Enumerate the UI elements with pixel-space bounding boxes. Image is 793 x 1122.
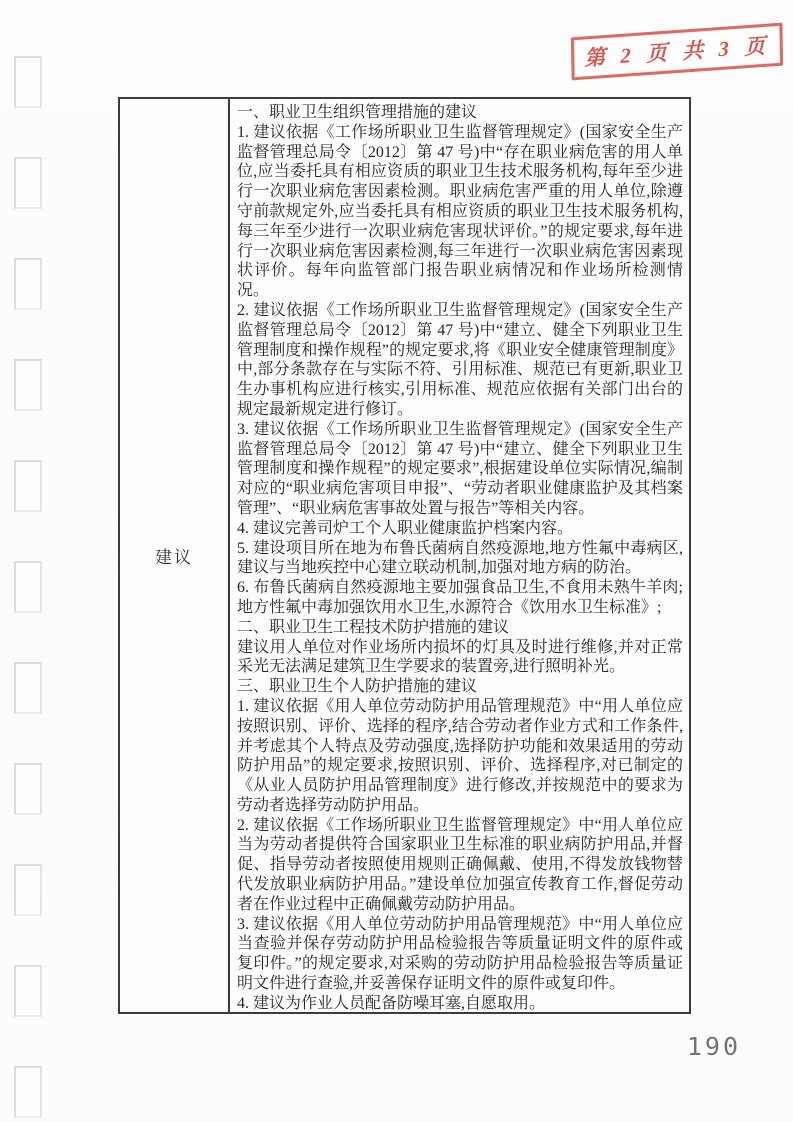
recommendation-paragraph: 6. 布鲁氏菌病自然疫源地主要加强食品卫生,不食用未熟牛羊肉;地方性氟中毒加强饮… xyxy=(237,578,683,618)
page-count-stamp: 第 2 页 共 3 页 xyxy=(571,23,783,81)
recommendations-table: 建议 一、职业卫生组织管理措施的建议1. 建议依据《工作场所职业卫生监督管理规定… xyxy=(118,97,691,1014)
binding-hole-icon xyxy=(14,763,42,815)
binding-hole-icon xyxy=(14,662,42,714)
page-number: 190 xyxy=(687,1032,741,1061)
binding-hole-icon xyxy=(14,864,42,916)
binding-hole-icon xyxy=(14,157,42,209)
binding-hole-icon xyxy=(14,258,42,310)
table-content-cell: 一、职业卫生组织管理措施的建议1. 建议依据《工作场所职业卫生监督管理规定》(国… xyxy=(230,99,689,1012)
recommendation-paragraph: 一、职业卫生组织管理措施的建议 xyxy=(237,103,683,123)
page-count-stamp-text: 第 2 页 共 3 页 xyxy=(584,33,770,70)
binding-hole-icon xyxy=(14,561,42,613)
binding-hole-icon xyxy=(14,460,42,512)
document-page: 第 2 页 共 3 页 建议 一、职业卫生组织管理措施的建议1. 建议依据《工作… xyxy=(0,0,793,1122)
recommendation-paragraph: 5. 建设项目所在地为布鲁氏菌病自然疫源地,地方性氟中毒病区,建议与当地疾控中心… xyxy=(237,539,683,579)
recommendation-paragraph: 4. 建议为作业人员配备防噪耳塞,自愿取用。 xyxy=(237,994,683,1012)
binding-hole-icon xyxy=(14,1066,42,1118)
binding-hole-icon xyxy=(14,965,42,1017)
table-row-label: 建议 xyxy=(155,543,193,568)
recommendation-paragraph: 3. 建议依据《工作场所职业卫生监督管理规定》(国家安全生产监督管理总局令〔20… xyxy=(237,420,683,519)
recommendation-paragraph: 2. 建议依据《工作场所职业卫生监督管理规定》(国家安全生产监督管理总局令〔20… xyxy=(237,301,683,420)
table-row-label-cell: 建议 xyxy=(120,99,230,1012)
recommendation-paragraph: 1. 建议依据《工作场所职业卫生监督管理规定》(国家安全生产监督管理总局令〔20… xyxy=(237,123,683,301)
recommendation-paragraph: 建议用人单位对作业场所内损坏的灯具及时进行维修,并对正常采光无法满足建筑卫生学要… xyxy=(237,638,683,678)
recommendation-paragraph: 4. 建议完善司炉工个人职业健康监护档案内容。 xyxy=(237,519,683,539)
recommendation-paragraph: 2. 建议依据《工作场所职业卫生监督管理规定》中“用人单位应当为劳动者提供符合国… xyxy=(237,816,683,915)
binding-hole-icon xyxy=(14,56,42,108)
recommendation-paragraph: 二、职业卫生工程技术防护措施的建议 xyxy=(237,618,683,638)
binding-holes xyxy=(14,56,42,1118)
recommendation-paragraph: 3. 建议依据《用人单位劳动防护用品管理规范》中“用人单位应当查验并保存劳动防护… xyxy=(237,915,683,994)
recommendation-paragraph: 1. 建议依据《用人单位劳动防护用品管理规范》中“用人单位应按照识别、评价、选择… xyxy=(237,697,683,816)
binding-hole-icon xyxy=(14,359,42,411)
recommendation-paragraph: 三、职业卫生个人防护措施的建议 xyxy=(237,677,683,697)
